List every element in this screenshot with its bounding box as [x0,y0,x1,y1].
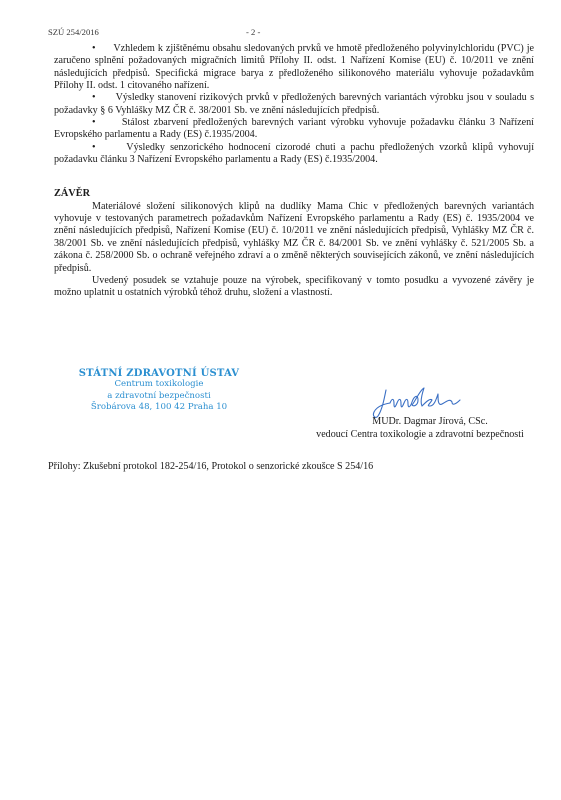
document-reference: SZÚ 254/2016 [48,27,99,37]
stamp-department: Centrum toxikologie [74,379,244,391]
bullet-marker: • [92,117,96,128]
signatory-block: MUDr. Dagmar Jírová, CSc. vedoucí Centra… [290,416,550,441]
document-body: • Vzhledem k zjištěnému obsahu sledovaný… [54,43,534,300]
attachments-line: Přílohy: Zkušební protokol 182-254/16, P… [48,461,373,472]
signatory-title: vedoucí Centra toxikologie a zdravotní b… [290,429,550,442]
stamp-address: Šrobárova 48, 100 42 Praha 10 [74,402,244,414]
bullet-text: Vzhledem k zjištěnému obsahu sledovaných… [54,43,534,91]
bullet-marker: • [92,142,96,153]
bullet-item: • Vzhledem k zjištěnému obsahu sledovaný… [54,43,534,92]
bullet-item: • Výsledky senzorického hodnocení cizoro… [54,142,534,167]
stamp-institution-name: STÁTNÍ ZDRAVOTNÍ ÚSTAV [74,368,244,379]
document-page: SZÚ 254/2016 - 2 - • Vzhledem k zjištěné… [0,0,561,800]
bullet-item: • Výsledky stanovení rizikových prvků v … [54,92,534,117]
conclusion-heading: ZÁVĚR [54,188,534,200]
bullet-item: • Stálost zbarvení předložených barevnýc… [54,117,534,142]
bullet-text: Výsledky stanovení rizikových prvků v př… [54,92,534,115]
bullet-marker: • [92,92,96,103]
institution-stamp: STÁTNÍ ZDRAVOTNÍ ÚSTAV Centrum toxikolog… [74,368,244,414]
bullet-text: Stálost zbarvení předložených barevných … [54,117,534,140]
conclusion-paragraph: Uvedený posudek se vztahuje pouze na výr… [54,275,534,300]
stamp-department-cont: a zdravotní bezpečnosti [74,391,244,403]
page-number: - 2 - [246,27,260,37]
bullet-marker: • [92,43,96,54]
bullet-text: Výsledky senzorického hodnocení cizorodé… [54,142,534,165]
signatory-name: MUDr. Dagmar Jírová, CSc. [290,416,550,429]
handwritten-signature [368,386,478,420]
conclusion-paragraph: Materiálové složení silikonových klipů n… [54,201,534,275]
